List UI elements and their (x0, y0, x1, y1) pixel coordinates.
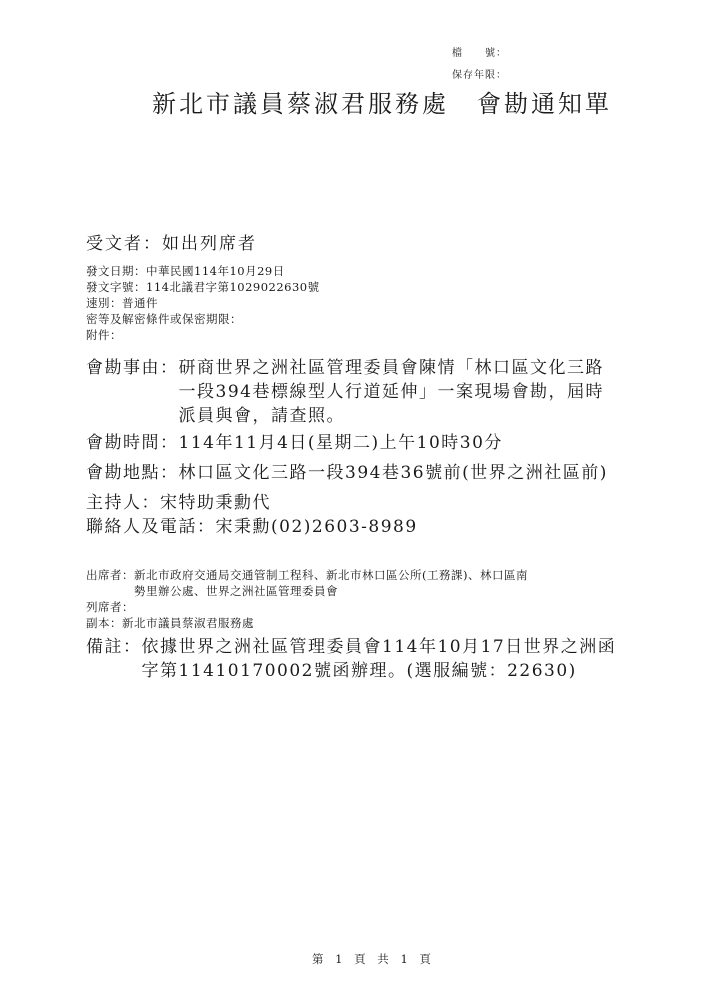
contact-label: 聯絡人及電話： (86, 515, 216, 539)
inspection-time-value: 114年11月4日(星期二)上午10時30分 (179, 431, 503, 455)
observers-label: 列席者： (86, 599, 134, 615)
inspection-reason: 會勘事由： 研商世界之洲社區管理委員會陳情「林口區文化三路 一段394巷標線型人… (86, 356, 604, 428)
secrecy-label: 密等及解密條件或保密期限： (86, 311, 242, 327)
inspection-place: 會勘地點： 林口區文化三路一段394巷36號前(世界之洲社區前) (86, 461, 608, 485)
attendees-present-label: 出席者： (86, 567, 134, 599)
recipient-label: 受文者： (86, 229, 162, 254)
attendees-present-line: 新北市政府交通局交通管制工程科、新北市林口區公所(工務課)、林口區南 (134, 567, 528, 583)
inspection-reason-label: 會勘事由： (86, 356, 179, 428)
host-value: 宋特助秉勳代 (160, 491, 271, 515)
doc-number-line: 發文字號： 114北議君字第1029022630號 (86, 279, 320, 295)
recipient-line: 受文者： 如出列席者 (86, 229, 257, 254)
attendees-present-list: 新北市政府交通局交通管制工程科、新北市林口區公所(工務課)、林口區南 勢里辦公處… (134, 567, 528, 599)
attachment-line: 附件： (86, 327, 320, 343)
doc-type: 會勘通知單 (477, 90, 612, 118)
inspection-place-label: 會勘地點： (86, 461, 179, 485)
document-title: 新北市議員蔡淑君服務處會勘通知單 (152, 84, 612, 119)
doc-number-label: 發文字號： (86, 279, 146, 295)
inspection-time: 會勘時間： 114年11月4日(星期二)上午10時30分 (86, 431, 503, 455)
host-label: 主持人： (86, 491, 160, 515)
file-number-label: 檔 號： (452, 44, 507, 59)
observers-line: 列席者： (86, 599, 134, 615)
attendees-present: 出席者： 新北市政府交通局交通管制工程科、新北市林口區公所(工務課)、林口區南 … (86, 567, 528, 599)
attendees-present-line: 勢里辦公處、世界之洲社區管理委員會 (134, 583, 528, 599)
remarks: 備註： 依據世界之洲社區管理委員會114年10月17日世界之洲函 字第11410… (86, 635, 616, 683)
speed-value: 普通件 (122, 295, 158, 311)
remarks-line: 字第11410170002號函辦理。(選服編號：22630) (142, 659, 617, 683)
speed-line: 速別： 普通件 (86, 295, 320, 311)
doc-info: 發文日期： 中華民國114年10月29日 發文字號： 114北議君字第10290… (86, 263, 320, 343)
copy-label: 副本： (86, 615, 122, 631)
doc-number-value: 114北議君字第1029022630號 (146, 279, 320, 295)
retention-period-label: 保存年限： (452, 66, 507, 81)
issue-date-value: 中華民國114年10月29日 (146, 263, 285, 279)
issue-date-label: 發文日期： (86, 263, 146, 279)
host-line: 主持人： 宋特助秉勳代 (86, 491, 271, 515)
inspection-reason-line: 研商世界之洲社區管理委員會陳情「林口區文化三路 (179, 356, 605, 380)
issue-date-line: 發文日期： 中華民國114年10月29日 (86, 263, 320, 279)
secrecy-line: 密等及解密條件或保密期限： (86, 311, 320, 327)
attachment-label: 附件： (86, 327, 122, 343)
recipient-value: 如出列席者 (162, 229, 257, 254)
contact-value: 宋秉勳(02)2603-8989 (216, 515, 418, 539)
remarks-text: 依據世界之洲社區管理委員會114年10月17日世界之洲函 字第114101700… (142, 635, 617, 683)
copy-value: 新北市議員蔡淑君服務處 (122, 615, 254, 631)
remarks-label: 備註： (86, 635, 142, 683)
remarks-line: 依據世界之洲社區管理委員會114年10月17日世界之洲函 (142, 635, 617, 659)
copy-line: 副本： 新北市議員蔡淑君服務處 (86, 615, 254, 631)
page-number: 第 1 頁 共 1 頁 (312, 951, 435, 967)
speed-label: 速別： (86, 295, 122, 311)
inspection-place-value: 林口區文化三路一段394巷36號前(世界之洲社區前) (179, 461, 608, 485)
contact-line: 聯絡人及電話： 宋秉勳(02)2603-8989 (86, 515, 418, 539)
office-name: 新北市議員蔡淑君服務處 (152, 90, 449, 118)
inspection-reason-text: 研商世界之洲社區管理委員會陳情「林口區文化三路 一段394巷標線型人行道延伸」一… (179, 356, 605, 428)
inspection-reason-line: 派員與會，請查照。 (179, 404, 605, 428)
inspection-reason-line: 一段394巷標線型人行道延伸」一案現場會勘，屆時 (179, 380, 605, 404)
inspection-time-label: 會勘時間： (86, 431, 179, 455)
